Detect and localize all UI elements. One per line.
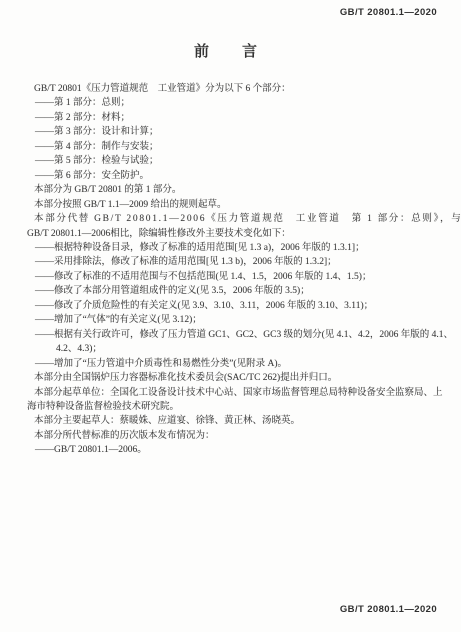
text-line: GB/T 20801《压力管道规范 工业管道》分为以下 6 个部分： bbox=[27, 82, 455, 96]
text-line: 本部分起草单位：全国化工设备设计技术中心站、国家市场监督管理总局特种设备安全监察… bbox=[27, 386, 455, 400]
text-line: 本部分按照 GB/T 1.1—2009 给出的规则起草。 bbox=[27, 198, 455, 212]
text-line: ——修改了标准的不适用范围与不包括范围(见 1.4、1.5，2006 年版的 1… bbox=[27, 270, 455, 284]
text-line: ——第 4 部分：制作与安装； bbox=[27, 140, 455, 154]
text-line: 本部分代替 GB/T 20801.1—2006《压力管道规范 工业管道 第 1 … bbox=[27, 212, 455, 226]
text-line: ——第 1 部分：总则； bbox=[27, 96, 455, 110]
footer-standard-number: GB/T 20801.1—2020 bbox=[340, 604, 437, 615]
body-lines: GB/T 20801《压力管道规范 工业管道》分为以下 6 个部分：——第 1 … bbox=[27, 82, 455, 458]
text-line: 海市特种设备监督检验技术研究院。 bbox=[27, 400, 455, 414]
text-line: 本部分主要起草人：蔡暖姝、应道宴、徐锋、黄正林、汤晓英。 bbox=[27, 414, 455, 428]
text-line: ——修改了本部分用管道组成件的定义(见 3.5，2006 年版的 3.5)； bbox=[27, 284, 455, 298]
text-line: GB/T 20801.1—2006相比，除编辑性修改外主要技术变化如下： bbox=[27, 227, 455, 241]
text-line: ——增加了“压力管道中介质毒性和易燃性分类”(见附录 A)。 bbox=[27, 357, 455, 371]
header-standard-number: GB/T 20801.1—2020 bbox=[340, 7, 437, 18]
text-line: ——修改了介质危险性的有关定义(见 3.9、3.10、3.11，2006 年版的… bbox=[27, 299, 455, 313]
text-line: ——增加了“气体”的有关定义(见 3.12)； bbox=[27, 313, 455, 327]
text-line: ——根据有关行政许可，修改了压力管道 GC1、GC2、GC3 级的划分(见 4.… bbox=[27, 328, 455, 342]
text-line: ——采用排除法，修改了标准的适用范围[见 1.3 b)，2006 年版的 1.3… bbox=[27, 255, 455, 269]
text-line: ——根据特种设备目录，修改了标准的适用范围[见 1.3 a)，2006 年版的 … bbox=[27, 241, 455, 255]
text-line: 本部分由全国锅炉压力容器标准化技术委员会(SAC/TC 262)提出并归口。 bbox=[27, 371, 455, 385]
text-line: ——GB/T 20801.1—2006。 bbox=[27, 443, 455, 457]
page-title: 前 言 bbox=[0, 40, 452, 61]
document-page: GB/T 20801.1—2020 前 言 GB/T 20801《压力管道规范 … bbox=[0, 0, 461, 632]
text-line: 本部分为 GB/T 20801 的第 1 部分。 bbox=[27, 183, 455, 197]
text-line: ——第 5 部分：检验与试验； bbox=[27, 154, 455, 168]
text-line: 4.2、4.3)； bbox=[27, 342, 455, 356]
text-line: 本部分所代替标准的历次版本发布情况为： bbox=[27, 429, 455, 443]
text-line: ——第 2 部分：材料； bbox=[27, 111, 455, 125]
text-line: ——第 6 部分：安全防护。 bbox=[27, 169, 455, 183]
text-line: ——第 3 部分：设计和计算； bbox=[27, 125, 455, 139]
